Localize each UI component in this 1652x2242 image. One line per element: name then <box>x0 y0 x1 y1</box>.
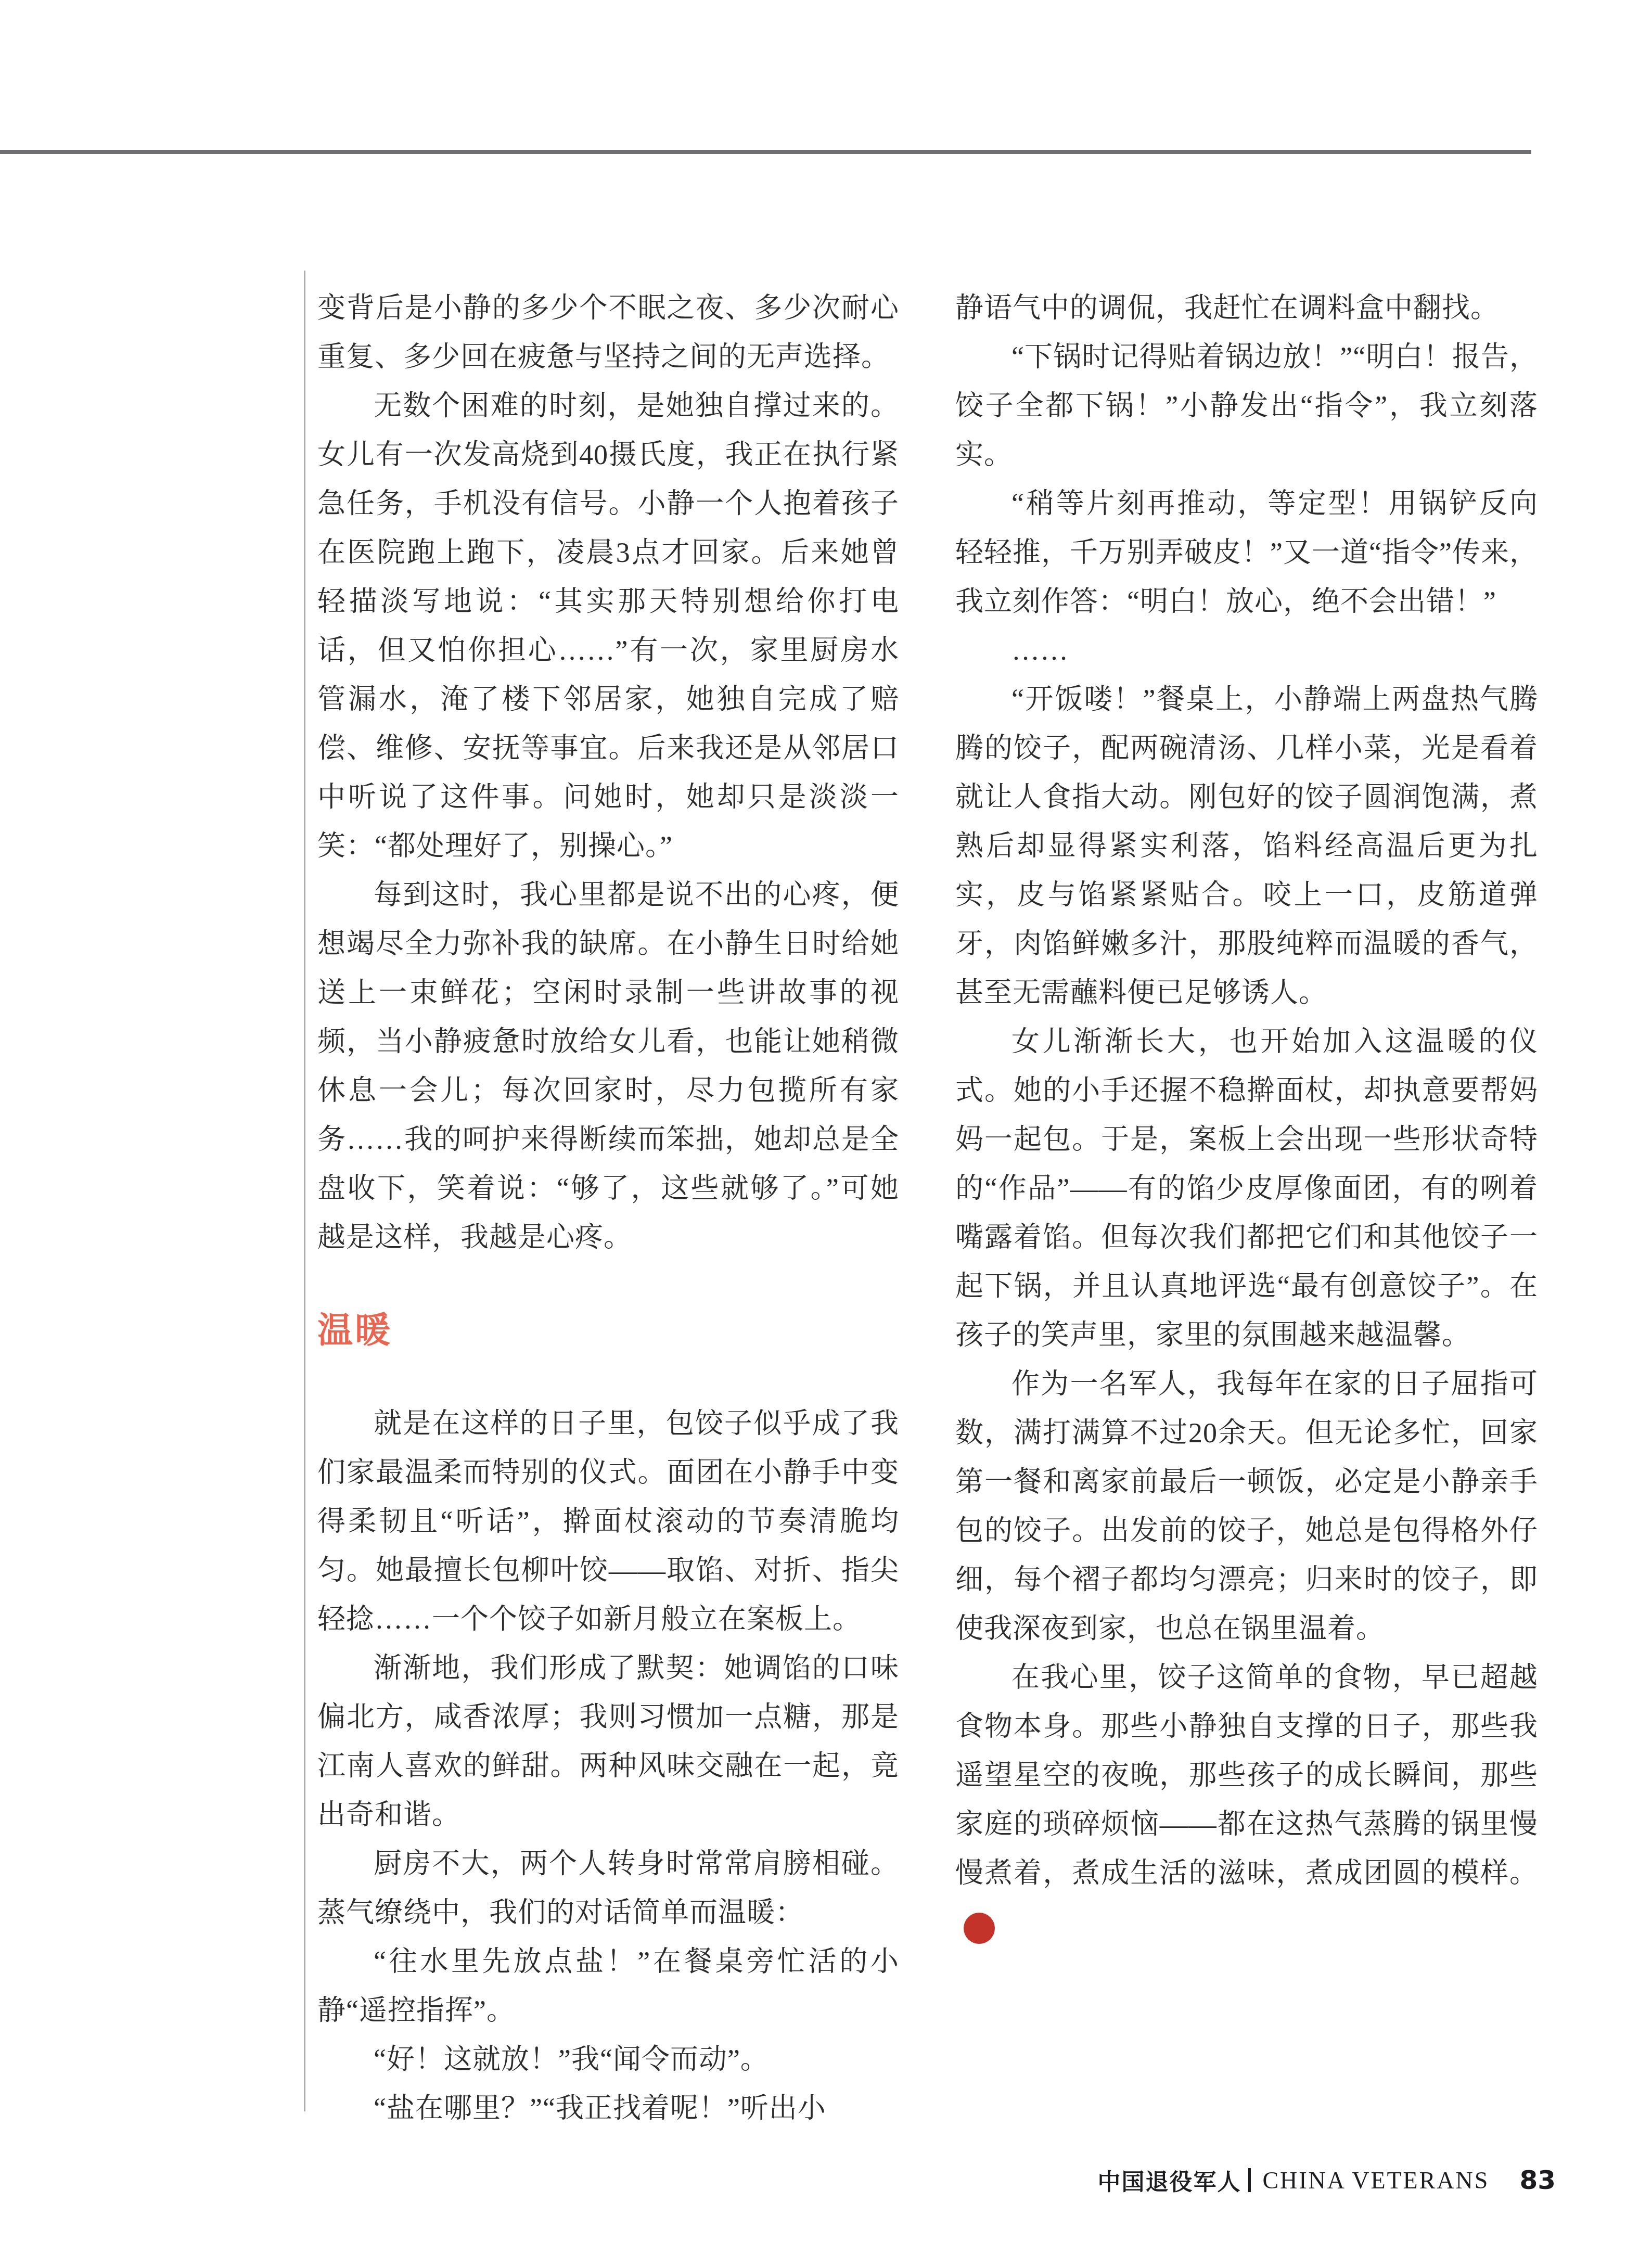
left-column-vertical-rule <box>304 271 305 2111</box>
section-heading: 温暖 <box>317 1305 899 1355</box>
page-number: 83 <box>1519 2165 1556 2195</box>
paragraph: 变背后是小静的多少个不眠之夜、多少次耐心重复、多少回在疲惫与坚持之间的无声选择。 <box>317 284 899 381</box>
paragraph: 渐渐地，我们形成了默契：她调馅的口味偏北方，咸香浓厚；我则习惯加一点糖，那是江南… <box>317 1644 899 1839</box>
closing-paragraph: 在我心里，饺子这简单的食物，早已超越食物本身。那些小静独自支撑的日子，那些我遥望… <box>955 1653 1538 1946</box>
magazine-title-chinese: 中国退役军人 <box>1097 2163 1241 2197</box>
closing-paragraph-text: 在我心里，饺子这简单的食物，早已超越食物本身。那些小静独自支撑的日子，那些我遥望… <box>955 1662 1538 1889</box>
paragraph: 作为一名军人，我每年在家的日子屈指可数，满打满算不过20余天。但无论多忙，回家第… <box>955 1360 1538 1653</box>
paragraph: “盐在哪里？”“我正找着呢！”听出小 <box>317 2084 899 2133</box>
paragraph: 每到这时，我心里都是说不出的心疼，便想竭尽全力弥补我的缺席。在小静生日时给她送上… <box>317 870 899 1262</box>
paragraph: …… <box>955 626 1538 675</box>
paragraph: “稍等片刻再推动，等定型！用锅铲反向轻轻推，千万别弄破皮！”又一道“指令”传来，… <box>955 479 1538 626</box>
magazine-page: 变背后是小静的多少个不眠之夜、多少次耐心重复、多少回在疲惫与坚持之间的无声选择。… <box>0 0 1652 2242</box>
paragraph: 静语气中的调侃，我赶忙在调料盒中翻找。 <box>955 284 1538 332</box>
paragraph: 无数个困难的时刻，是她独自撑过来的。女儿有一次发高烧到40摄氏度，我正在执行紧急… <box>317 381 899 870</box>
footer-divider-bar <box>1248 2168 1251 2192</box>
paragraph: 厨房不大，两个人转身时常常肩膀相碰。蒸气缭绕中，我们的对话简单而温暖： <box>317 1839 899 1937</box>
paragraph: “好！这就放！”我“闻令而动”。 <box>317 2035 899 2084</box>
right-text-column: 静语气中的调侃，我赶忙在调料盒中翻找。 “下锅时记得贴着锅边放！”“明白！报告，… <box>955 284 1538 1946</box>
magazine-title-english: CHINA VETERANS <box>1262 2167 1489 2194</box>
paragraph: “开饭喽！”餐桌上，小静端上两盘热气腾腾的饺子，配两碗清汤、几样小菜，光是看着就… <box>955 675 1538 1017</box>
paragraph: “下锅时记得贴着锅边放！”“明白！报告，饺子全都下锅！”小静发出“指令”，我立刻… <box>955 332 1538 479</box>
top-horizontal-rule <box>0 150 1531 154</box>
paragraph: “往水里先放点盐！”在餐桌旁忙活的小静“遥控指挥”。 <box>317 1937 899 2035</box>
paragraph: 就是在这样的日子里，包饺子似乎成了我们家最温柔而特别的仪式。面团在小静手中变得柔… <box>317 1399 899 1644</box>
paragraph: 女儿渐渐长大，也开始加入这温暖的仪式。她的小手还握不稳擀面杖，却执意要帮妈妈一起… <box>955 1017 1538 1360</box>
article-end-badge-icon: V <box>964 1913 995 1944</box>
left-text-column: 变背后是小静的多少个不眠之夜、多少次耐心重复、多少回在疲惫与坚持之间的无声选择。… <box>317 284 899 2133</box>
page-footer: 中国退役军人 CHINA VETERANS 83 <box>1097 2163 1556 2197</box>
